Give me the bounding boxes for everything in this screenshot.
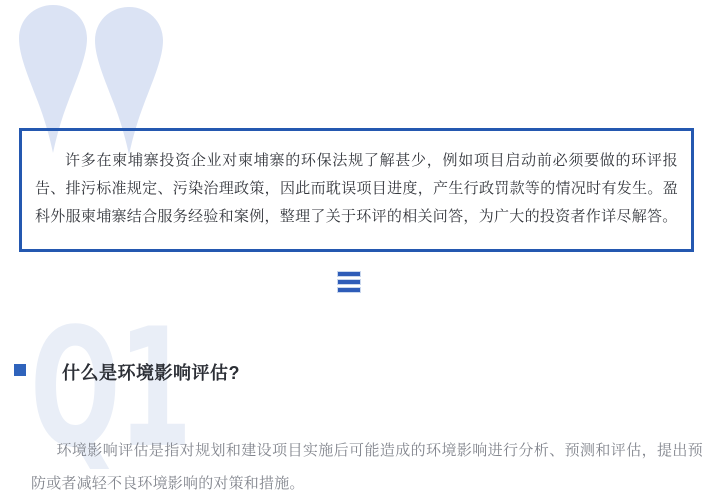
square-bullet-icon xyxy=(14,364,26,376)
three-bars-divider-icon xyxy=(337,271,361,295)
divider-bar xyxy=(337,271,361,277)
divider-bar xyxy=(337,287,361,293)
intro-paragraph: 许多在柬埔寨投资企业对柬埔寨的环保法规了解甚少，例如项目启动前必须要做的环评报告… xyxy=(35,147,678,231)
intro-box: 许多在柬埔寨投资企业对柬埔寨的环保法规了解甚少，例如项目启动前必须要做的环评报告… xyxy=(19,128,694,252)
question-heading: 什么是环境影响评估? xyxy=(62,359,240,385)
divider-bar xyxy=(337,279,361,285)
answer-paragraph: 环境影响评估是指对规划和建设项目实施后可能造成的环境影响进行分析、预测和评估，提… xyxy=(31,434,703,500)
article-page: Q1 许多在柬埔寨投资企业对柬埔寨的环保法规了解甚少，例如项目启动前必须要做的环… xyxy=(0,0,711,504)
